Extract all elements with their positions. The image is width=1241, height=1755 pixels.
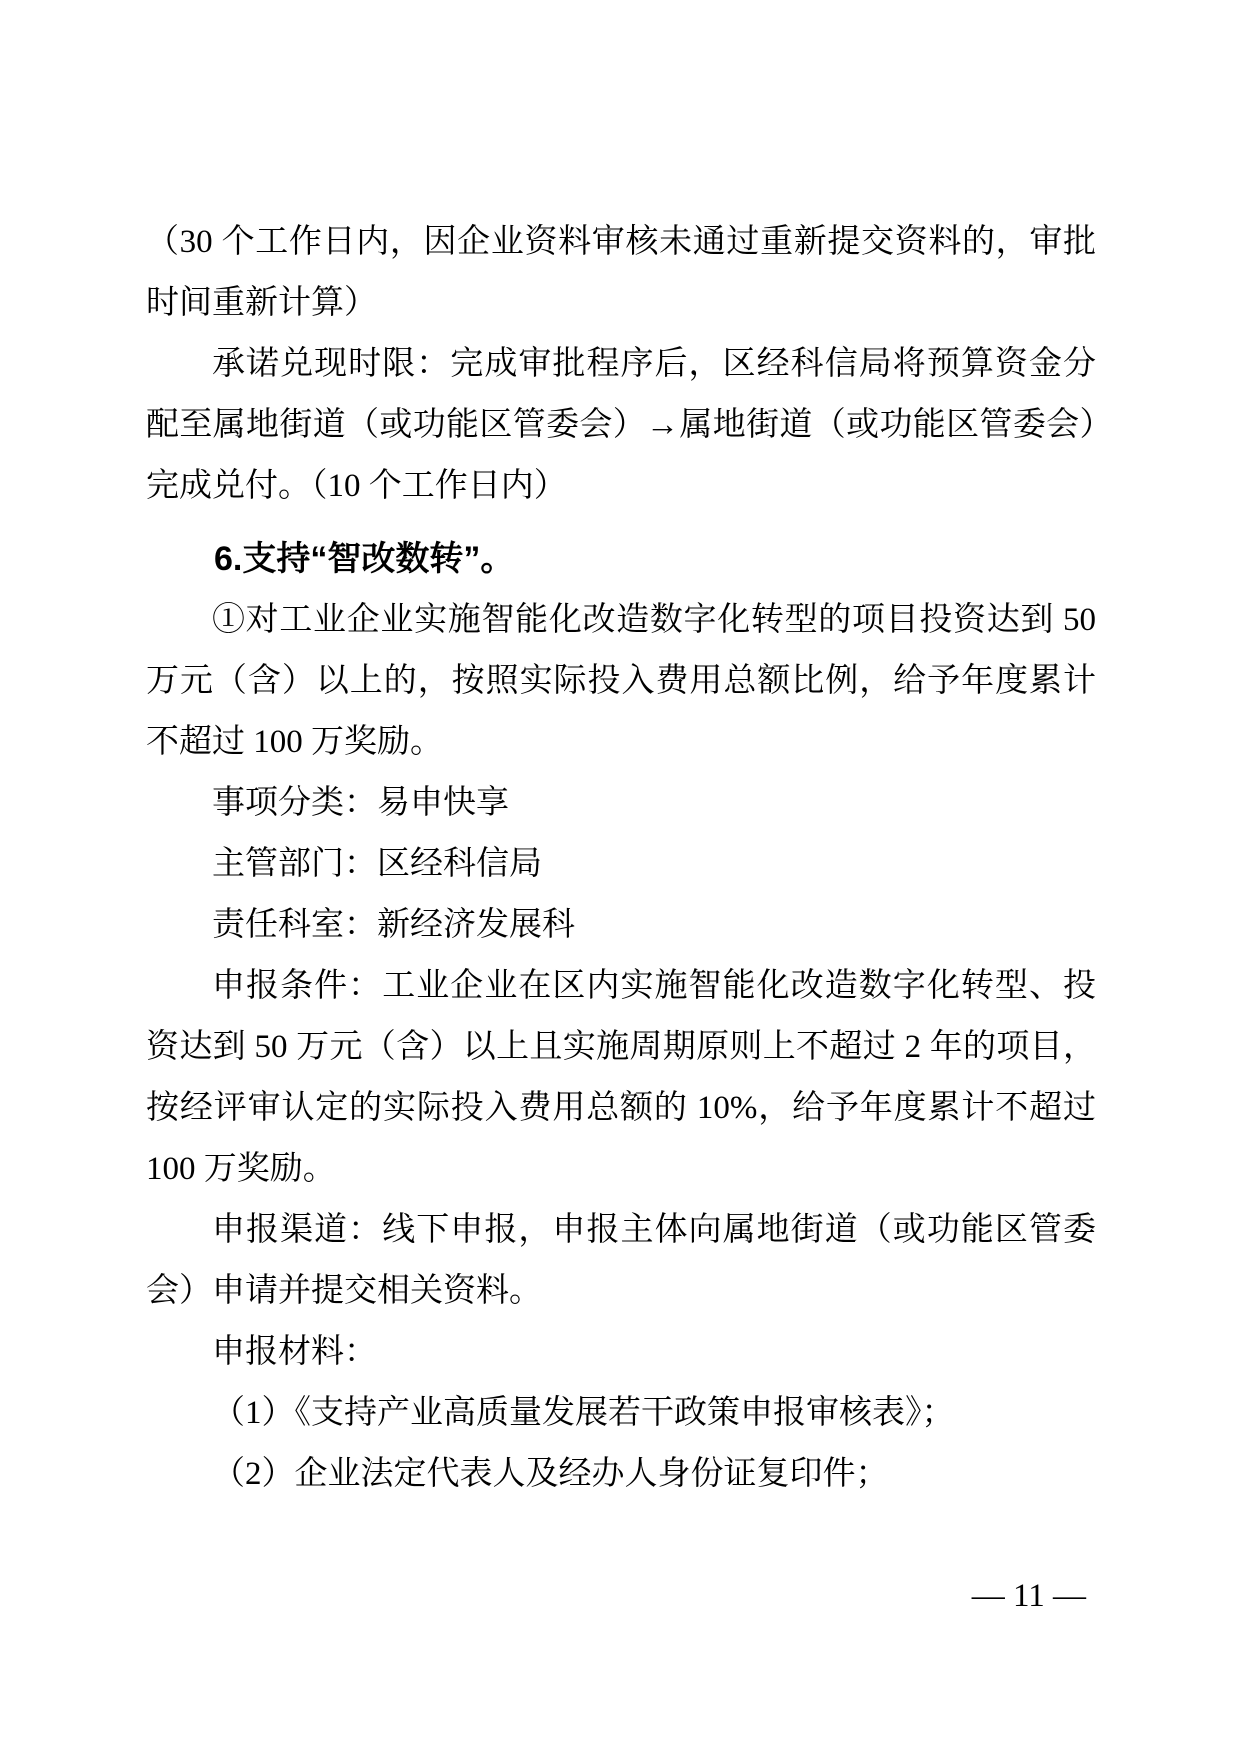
- paragraph-application-conditions: 申报条件：工业企业在区内实施智能化改造数字化转型、投资达到 50 万元（含）以上…: [146, 956, 1096, 1200]
- paragraph-approval-time-note: （30 个工作日内，因企业资料审核未通过重新提交资料的，审批时间重新计算）: [146, 212, 1096, 334]
- heading-section-6: 6.支持“智改数转”。: [146, 529, 1096, 590]
- paragraph-item-category: 事项分类：易申快享: [146, 773, 1096, 834]
- paragraph-application-channel: 申报渠道：线下申报，申报主体向属地街道（或功能区管委会）申请并提交相关资料。: [146, 1200, 1096, 1322]
- paragraph-policy-clause-1: ①对工业企业实施智能化改造数字化转型的项目投资达到 50 万元（含）以上的，按照…: [146, 590, 1096, 773]
- paragraph-material-2: （2）企业法定代表人及经办人身份证复印件；: [146, 1444, 1096, 1505]
- page-body: （30 个工作日内，因企业资料审核未通过重新提交资料的，审批时间重新计算） 承诺…: [146, 212, 1096, 1505]
- paragraph-application-materials-label: 申报材料：: [146, 1322, 1096, 1383]
- page-number: — 11 —: [972, 1576, 1086, 1616]
- paragraph-responsible-office: 责任科室：新经济发展科: [146, 895, 1096, 956]
- document-page: （30 个工作日内，因企业资料审核未通过重新提交资料的，审批时间重新计算） 承诺…: [0, 0, 1241, 1755]
- paragraph-competent-department: 主管部门：区经科信局: [146, 834, 1096, 895]
- paragraph-material-1: （1）《支持产业高质量发展若干政策申报审核表》；: [146, 1383, 1096, 1444]
- paragraph-promise-fulfillment-deadline: 承诺兑现时限：完成审批程序后，区经科信局将预算资金分配至属地街道（或功能区管委会…: [146, 334, 1096, 517]
